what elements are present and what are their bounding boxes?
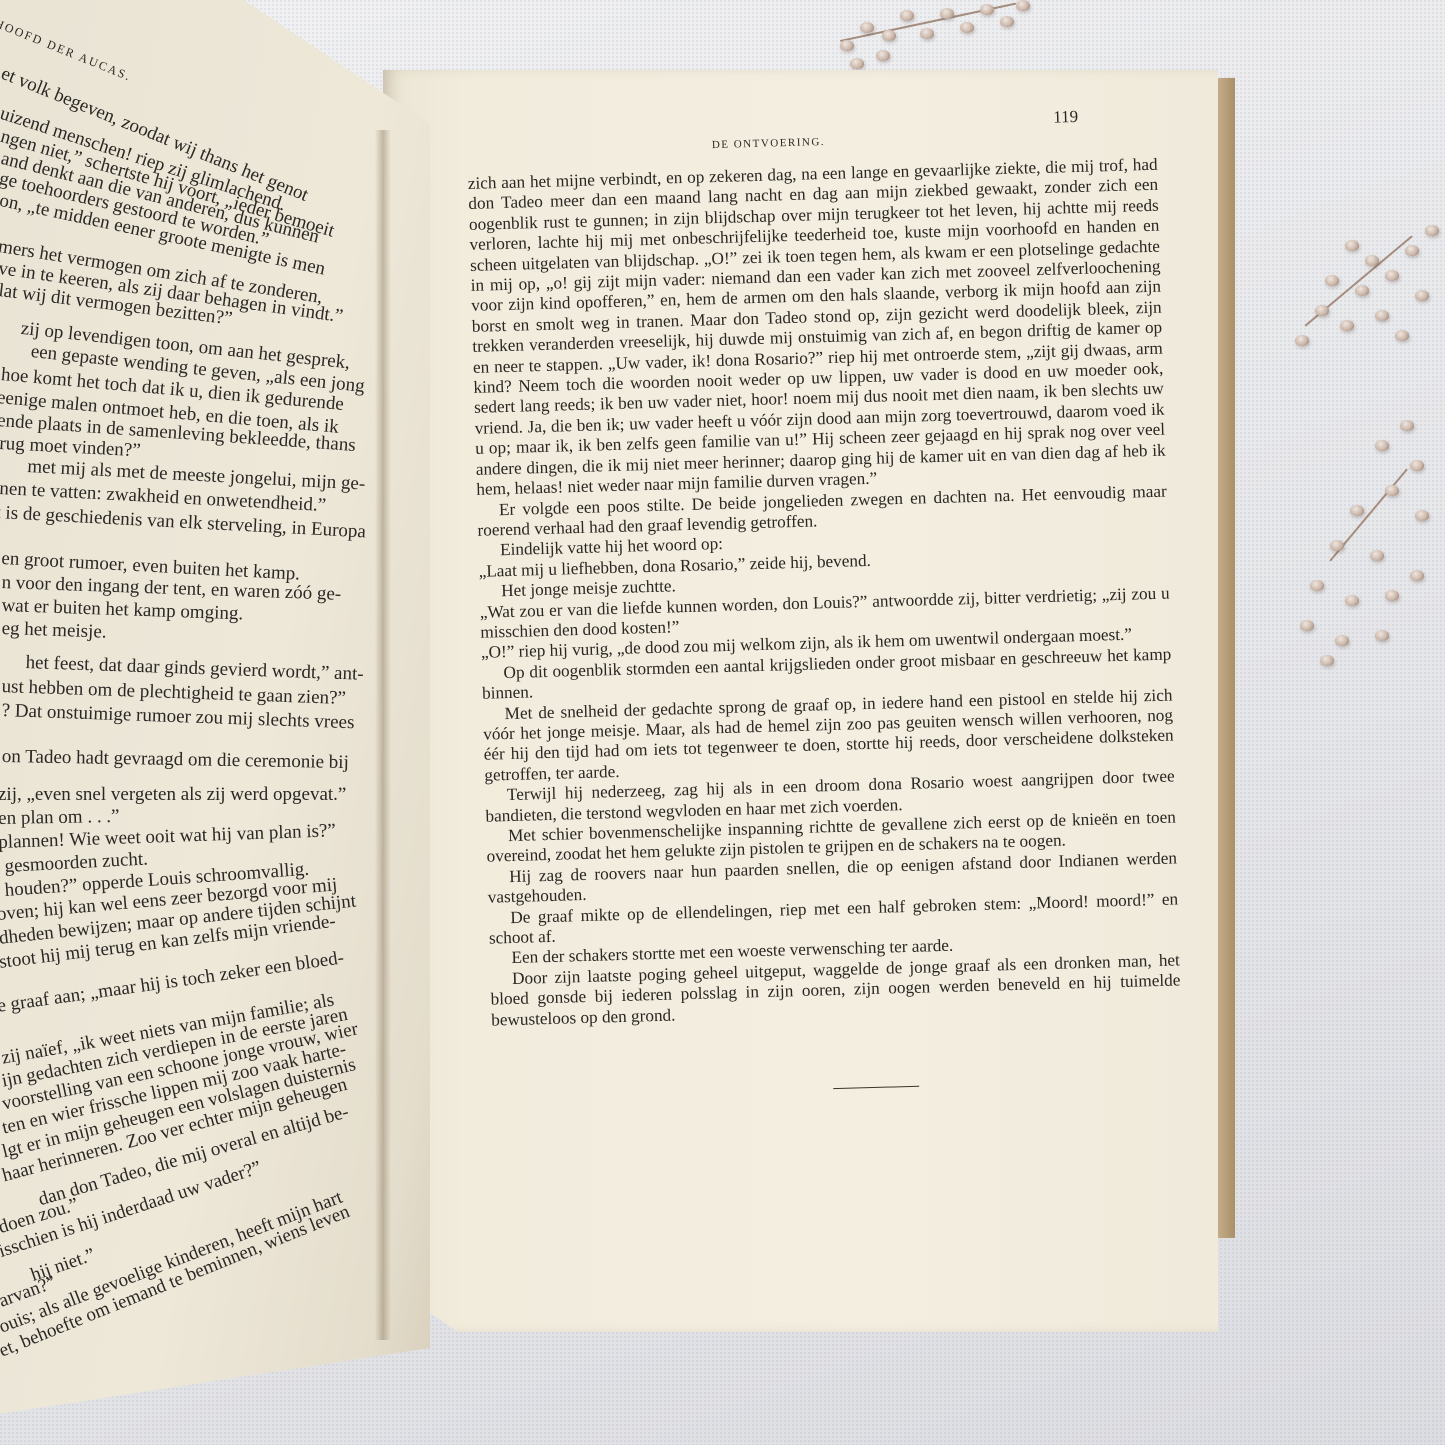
dried-flowers-top [820,0,1050,80]
paragraph: zich aan het mijne verbindt, en op zeker… [468,155,1167,501]
right-page-body: zich aan het mijne verbindt, en op zeker… [468,155,1182,1031]
text-line: zij, „even snel vergeten als zij werd op… [0,784,346,806]
text-line: en plan om . . .” [0,806,120,830]
dried-flowers-right-lower [1290,400,1445,680]
book-cover-edge [1215,78,1235,1238]
text-line: eg het meisje. [1,618,107,644]
dried-flowers-right-upper [1285,225,1445,385]
book-gutter [375,130,391,1340]
page-number: 119 [1053,107,1078,128]
